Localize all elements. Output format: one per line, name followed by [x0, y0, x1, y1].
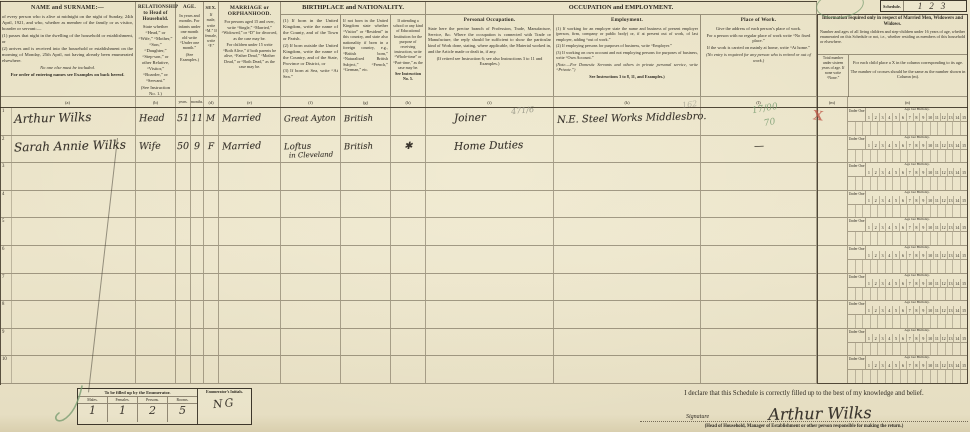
row-6-grid-cell: Under OneAge last Birthday.1234567891011…	[848, 246, 968, 273]
place-of-work-column-title: Place of Work.	[703, 18, 814, 24]
children-block-body: Number and ages of all living children a…	[820, 29, 965, 44]
age-mark-box	[931, 370, 939, 383]
name-column-clause1: (1) passes that night in the dwelling of…	[2, 33, 133, 45]
age-10-header: 10	[927, 223, 934, 232]
employment-column-body3: (3) If working on own account and not em…	[556, 50, 698, 61]
row-4-agey-cell	[176, 191, 191, 218]
age-mark-box	[893, 288, 901, 301]
row-7-name-cell	[12, 274, 136, 301]
age-mark-box	[848, 343, 856, 356]
row-10-tot-cell	[817, 356, 848, 383]
age-mark-box	[938, 370, 946, 383]
age-6-header: 6	[900, 168, 907, 177]
row-2-grid-cell: Under OneAge last Birthday.1234567891011…	[848, 136, 968, 163]
row-1-sex-cell: M	[204, 108, 219, 135]
age-mark-box	[871, 232, 879, 245]
schedule-label: Schedule.	[881, 1, 904, 11]
row-3-tot-cell	[817, 163, 848, 190]
education-column-footer: See Instruction No. 5.	[393, 71, 423, 81]
age-mark-box	[953, 205, 961, 218]
row-2-edu-cell: ✱	[391, 136, 426, 163]
row-1-children-age-grid: Under OneAge last Birthday.1234567891011…	[848, 108, 968, 135]
age-mark-box	[916, 260, 924, 273]
row-1-marr-cell: Married	[219, 108, 281, 135]
age-mark-box	[856, 370, 864, 383]
row-4-occ-cell	[426, 191, 554, 218]
age-mark-box	[908, 122, 916, 135]
age-mark-box	[871, 288, 879, 301]
age-8-header: 8	[914, 306, 921, 315]
age-mark-box	[916, 150, 924, 163]
age-10-header: 10	[927, 279, 934, 288]
occupation-column-body: State here the precise branch of Profess…	[428, 26, 551, 55]
age-2-header: 2	[873, 196, 880, 205]
age-mark-box	[908, 343, 916, 356]
table-row-9: 9Under OneAge last Birthday.123456789101…	[0, 329, 968, 357]
age-mark-box	[938, 260, 946, 273]
under-one-label: Under One	[848, 356, 866, 370]
age-1-header: 1	[866, 196, 873, 205]
table-row-3: 3Under OneAge last Birthday.123456789101…	[0, 163, 968, 191]
age-mark-box	[863, 288, 871, 301]
employment-column-body2: (2) If employing persons for purposes of…	[556, 43, 698, 48]
age-mark-box	[938, 288, 946, 301]
row-1-tot-cell	[817, 108, 848, 135]
row-7-agem-cell	[191, 274, 204, 301]
row-7-bp-cell	[281, 274, 341, 301]
row-10-name-cell	[12, 356, 136, 383]
row-10-marr-cell	[219, 356, 281, 383]
age-7-header: 7	[907, 334, 914, 343]
enumerator-initials-box: Enumerator’s Initials. NG	[198, 389, 251, 424]
age-11-header: 11	[934, 361, 941, 370]
age-7-header: 7	[907, 113, 914, 122]
row-1-emp-cell: N.E. Steel Works Middlesbro.	[554, 108, 701, 135]
row-4-emp-cell	[554, 191, 701, 218]
age-mark-box	[961, 232, 969, 245]
age-mark-box	[901, 260, 909, 273]
age-10-header: 10	[927, 196, 934, 205]
row-10-edu-cell	[391, 356, 426, 383]
age-mark-box	[946, 205, 954, 218]
row-3-grid-cell: Under OneAge last Birthday.1234567891011…	[848, 163, 968, 190]
enumerator-value-females: 1	[108, 404, 138, 422]
table-row-1: 1Arthur WilksHead5111MMarriedGreat Ayton…	[0, 108, 968, 136]
age-mark-box	[871, 370, 879, 383]
column-letter-g: (g)	[341, 97, 391, 107]
age-mark-box	[931, 288, 939, 301]
age-mark-box	[946, 150, 954, 163]
row-2-children-age-grid: Under OneAge last Birthday.1234567891011…	[848, 136, 968, 163]
age-6-header: 6	[900, 279, 907, 288]
row-8-bp-cell	[281, 301, 341, 328]
age-1-header: 1	[866, 361, 873, 370]
row-1-num-cell: 1	[0, 108, 12, 135]
age-mark-box	[886, 150, 894, 163]
census-household-schedule: NAME and SURNAME:— of every person who i…	[0, 0, 970, 432]
age-12-header: 12	[941, 223, 948, 232]
row-9-pow-cell	[701, 329, 817, 356]
declaration-section: I declare that this Schedule is correctl…	[640, 390, 968, 429]
age-mark-box	[908, 315, 916, 328]
age-mark-box	[863, 122, 871, 135]
age-mark-box	[916, 288, 924, 301]
enumerator-value-persons: 2	[138, 404, 168, 422]
row-2-agem-handwriting: 9	[194, 141, 200, 152]
age-mark-box	[908, 205, 916, 218]
table-row-7: 7Under OneAge last Birthday.123456789101…	[0, 274, 968, 302]
age-mark-box	[953, 150, 961, 163]
age-mark-box	[856, 150, 864, 163]
row-4-rel-cell	[136, 191, 176, 218]
row-2-nat-handwriting: British	[344, 141, 373, 152]
enumerator-value-rooms: 5	[168, 404, 197, 422]
row-9-name-cell	[12, 329, 136, 356]
age-mark-box	[878, 205, 886, 218]
age-mark-box	[908, 150, 916, 163]
age-mark-box	[938, 315, 946, 328]
age-2-header: 2	[873, 168, 880, 177]
age-number-header: 123456789101112131415	[866, 279, 968, 288]
age-mark-box	[931, 315, 939, 328]
age-mark-box	[871, 315, 879, 328]
age-mark-box	[923, 150, 931, 163]
enumerator-initials-label: Enumerator’s Initials.	[198, 389, 251, 394]
age-mark-box	[848, 315, 856, 328]
age-mark-box	[938, 343, 946, 356]
age-mark-box	[848, 260, 856, 273]
age-2-header: 2	[873, 279, 880, 288]
row-8-emp-cell	[554, 301, 701, 328]
row-5-grid-cell: Under OneAge last Birthday.1234567891011…	[848, 218, 968, 245]
age-mark-box	[946, 122, 954, 135]
column-letter-years: years.	[176, 97, 191, 107]
marriage-column-body2: For children under 15 write “Both Alive,…	[221, 42, 278, 69]
row-6-occ-cell	[426, 246, 554, 273]
age-13-header: 13	[948, 361, 955, 370]
row-8-agey-cell	[176, 301, 191, 328]
age-mark-box	[878, 315, 886, 328]
row-4-pow-cell	[701, 191, 817, 218]
row-1-edu-cell	[391, 108, 426, 135]
age-mark-box	[923, 177, 931, 190]
age-11-header: 11	[934, 334, 941, 343]
age-mark-box	[953, 315, 961, 328]
age-mark-box	[863, 177, 871, 190]
enumerator-label-persons: Persons.	[138, 397, 168, 403]
row-9-edu-cell	[391, 329, 426, 356]
enumerator-counts: To be filled up by the Enumerator. Males…	[78, 389, 198, 424]
age-3-header: 3	[880, 223, 887, 232]
age-10-header: 10	[927, 361, 934, 370]
under-one-label: Under One	[848, 274, 866, 288]
row-2-occ-cell: Home Duties	[426, 136, 554, 163]
sex-column-title: SEX.	[205, 5, 217, 10]
header-education: If attending a school or any kind of Edu…	[391, 15, 426, 96]
age-mark-box	[923, 260, 931, 273]
age-12-header: 12	[941, 196, 948, 205]
row-8-nat-cell	[341, 301, 391, 328]
header-name-surname: NAME and SURNAME:— of every person who i…	[0, 2, 136, 96]
row-8-edu-cell	[391, 301, 426, 328]
age-mark-box	[886, 177, 894, 190]
age-15-header: 15	[961, 196, 968, 205]
age-5-header: 5	[893, 251, 900, 260]
age-2-header: 2	[873, 361, 880, 370]
age-column-title: AGE.	[178, 5, 201, 11]
age-mark-box	[901, 122, 909, 135]
age-4-header: 4	[886, 196, 893, 205]
row-8-tot-cell	[817, 301, 848, 328]
age-5-header: 5	[893, 306, 900, 315]
row-5-occ-cell	[426, 218, 554, 245]
row-2-agem-cell: 9	[191, 136, 204, 163]
age-mark-box	[856, 177, 864, 190]
header-age: AGE. In years and months. For infants un…	[176, 2, 204, 96]
row-1-marr-handwriting: Married	[222, 112, 261, 124]
row-2-agey-cell: 50	[176, 136, 191, 163]
age-mark-box	[886, 205, 894, 218]
age-mark-box	[856, 205, 864, 218]
under-one-label: Under One	[848, 218, 866, 232]
age-mark-box	[863, 150, 871, 163]
age-number-header: 123456789101112131415	[866, 113, 968, 122]
row-9-rel-cell	[136, 329, 176, 356]
row-4-children-age-grid: Under OneAge last Birthday.1234567891011…	[848, 191, 968, 218]
age-15-header: 15	[961, 141, 968, 150]
row-3-occ-cell	[426, 163, 554, 190]
age-mark-box	[901, 343, 909, 356]
row-6-marr-cell	[219, 246, 281, 273]
row-7-tot-cell	[817, 274, 848, 301]
age-5-header: 5	[893, 334, 900, 343]
age-3-header: 3	[880, 306, 887, 315]
age-mark-boxes	[848, 288, 968, 301]
age-mark-box	[946, 370, 954, 383]
age-3-header: 3	[880, 168, 887, 177]
row-5-children-age-grid: Under OneAge last Birthday.1234567891011…	[848, 218, 968, 245]
schedule-number: 123	[904, 1, 966, 11]
age-mark-box	[871, 150, 879, 163]
header-sex: SEX. If male, write “M.” If female, writ…	[204, 2, 219, 96]
marriage-column-body: For persons aged 15 and over, write “Sin…	[221, 19, 278, 41]
age-13-header: 13	[948, 223, 955, 232]
row-10-bp-cell	[281, 356, 341, 383]
row-7-num-cell: 7	[0, 274, 12, 301]
column-letter-months: months.	[191, 97, 204, 107]
age-mark-box	[878, 232, 886, 245]
group-occupation-employment: OCCUPATION and EMPLOYMENT.	[426, 2, 817, 15]
row-2-bp-cell: Loftusin Cleveland	[281, 136, 341, 163]
age-8-header: 8	[914, 113, 921, 122]
employment-column-title: Employment.	[556, 18, 698, 24]
age-4-header: 4	[886, 361, 893, 370]
signature-label: Signature	[686, 414, 709, 420]
row-1-grid-cell: Under OneAge last Birthday.1234567891011…	[848, 108, 968, 135]
age-1-header: 1	[866, 334, 873, 343]
age-mark-box	[863, 370, 871, 383]
age-7-header: 7	[907, 141, 914, 150]
row-7-emp-cell	[554, 274, 701, 301]
age-mark-box	[961, 370, 969, 383]
row-9-marr-cell	[219, 329, 281, 356]
age-mark-box	[923, 122, 931, 135]
row-8-sex-cell	[204, 301, 219, 328]
age-mark-box	[893, 260, 901, 273]
row-2-emp-cell	[554, 136, 701, 163]
row-1-bp-cell: Great Ayton	[281, 108, 341, 135]
age-9-header: 9	[920, 113, 927, 122]
under-one-label: Under One	[848, 163, 866, 177]
age-12-header: 12	[941, 251, 948, 260]
row-8-grid-cell: Under OneAge last Birthday.1234567891011…	[848, 301, 968, 328]
occupation-column-footer: (If retired see Instruction 6; see also …	[428, 56, 551, 67]
age-mark-boxes	[848, 232, 968, 245]
row-10-agem-cell	[191, 356, 204, 383]
row-7-rel-cell	[136, 274, 176, 301]
age-8-header: 8	[914, 223, 921, 232]
age-number-header: 123456789101112131415	[866, 141, 968, 150]
age-mark-box	[886, 260, 894, 273]
row-8-rel-cell	[136, 301, 176, 328]
age-mark-box	[871, 205, 879, 218]
employment-column-note: (Note.—For Domestic Servants and others …	[556, 62, 698, 73]
age-2-header: 2	[873, 113, 880, 122]
age-7-header: 7	[907, 196, 914, 205]
age-15-header: 15	[961, 279, 968, 288]
children-block-header: Information required only in respect of …	[818, 15, 967, 55]
age-mark-box	[901, 370, 909, 383]
age-mark-box	[931, 260, 939, 273]
age-14-header: 14	[954, 223, 961, 232]
age-mark-box	[901, 315, 909, 328]
age-9-header: 9	[920, 168, 927, 177]
name-column-footer: For order of entering names see Examples…	[2, 72, 133, 78]
age-14-header: 14	[954, 141, 961, 150]
row-3-edu-cell	[391, 163, 426, 190]
age-mark-box	[923, 232, 931, 245]
age-10-header: 10	[927, 141, 934, 150]
name-column-body: of every person who is alive at midnight…	[2, 14, 133, 32]
age-9-header: 9	[920, 196, 927, 205]
row-1-nat-cell: British	[341, 108, 391, 135]
age-mark-box	[916, 315, 924, 328]
row-9-tot-cell	[817, 329, 848, 356]
row-9-sex-cell	[204, 329, 219, 356]
row-5-sex-cell	[204, 218, 219, 245]
row-5-agem-cell	[191, 218, 204, 245]
age-mark-box	[916, 122, 924, 135]
enumerator-count-values: 1125	[78, 404, 197, 422]
age-mark-box	[893, 315, 901, 328]
row-6-emp-cell	[554, 246, 701, 273]
age-mark-box	[856, 288, 864, 301]
age-number-header: 123456789101112131415	[866, 168, 968, 177]
relationship-column-title: RELATIONSHIP to Head of Household.	[138, 5, 173, 22]
row-5-num-cell: 5	[0, 218, 12, 245]
age-mark-box	[848, 288, 856, 301]
row-4-num-cell: 4	[0, 191, 12, 218]
row-2-edu-handwriting: ✱	[404, 140, 413, 151]
name-column-note: No one else must be included.	[2, 65, 133, 71]
age-mark-box	[938, 122, 946, 135]
age-mark-box	[886, 343, 894, 356]
row-4-agem-cell	[191, 191, 204, 218]
column-letter-b: (b)	[136, 97, 176, 107]
age-mark-box	[893, 205, 901, 218]
row-10-grid-cell: Under OneAge last Birthday.1234567891011…	[848, 356, 968, 383]
age-13-header: 13	[948, 141, 955, 150]
age-5-header: 5	[893, 223, 900, 232]
under-one-label: Under One	[848, 301, 866, 315]
age-mark-box	[848, 150, 856, 163]
total-children-body: Total number under sixteen years of age.…	[822, 56, 845, 80]
name-column-title: NAME and SURNAME:—	[2, 5, 133, 12]
age-mark-box	[901, 177, 909, 190]
enumerator-label-males: Males.	[78, 397, 108, 403]
row-3-pow-cell	[701, 163, 817, 190]
age-4-header: 4	[886, 279, 893, 288]
age-1-header: 1	[866, 141, 873, 150]
age-mark-boxes	[848, 260, 968, 273]
column-letter-a: (a)	[0, 97, 136, 107]
age-12-header: 12	[941, 113, 948, 122]
row-8-name-cell	[12, 301, 136, 328]
age-mark-box	[961, 343, 969, 356]
age-mark-box	[901, 232, 909, 245]
age-mark-box	[946, 343, 954, 356]
age-mark-box	[908, 232, 916, 245]
age-number-header: 123456789101112131415	[866, 361, 968, 370]
age-mark-box	[863, 315, 871, 328]
age-9-header: 9	[920, 306, 927, 315]
row-10-pow-cell	[701, 356, 817, 383]
row-1-nat-handwriting: British	[344, 114, 373, 125]
age-mark-box	[916, 343, 924, 356]
age-11-header: 11	[934, 168, 941, 177]
row-5-rel-cell	[136, 218, 176, 245]
age-3-header: 3	[880, 141, 887, 150]
row-4-name-cell	[12, 191, 136, 218]
age-mark-box	[953, 232, 961, 245]
enumerator-box-title: To be filled up by the Enumerator.	[78, 389, 197, 397]
row-5-name-cell	[12, 218, 136, 245]
age-mark-box	[848, 205, 856, 218]
row-2-sex-handwriting: F	[208, 142, 215, 152]
row-1-rel-cell: Head	[136, 108, 176, 135]
age-number-header: 123456789101112131415	[866, 251, 968, 260]
age-mark-boxes	[848, 122, 968, 135]
row-6-num-cell: 6	[0, 246, 12, 273]
age-1-header: 1	[866, 168, 873, 177]
age-mark-box	[953, 288, 961, 301]
column-letter-d: (d)	[204, 97, 219, 107]
age-1-header: 1	[866, 306, 873, 315]
age-mark-box	[946, 177, 954, 190]
age-mark-box	[893, 122, 901, 135]
age-15-header: 15	[961, 223, 968, 232]
age-mark-box	[923, 205, 931, 218]
age-13-header: 13	[948, 168, 955, 177]
age-3-header: 3	[880, 361, 887, 370]
age-4-header: 4	[886, 306, 893, 315]
age-mark-box	[908, 260, 916, 273]
declaration-text: I declare that this Schedule is correctl…	[640, 390, 968, 397]
age-column-body: In years and months. For infants under o…	[178, 13, 201, 51]
row-8-marr-cell	[219, 301, 281, 328]
row-10-occ-cell	[426, 356, 554, 383]
age-5-header: 5	[893, 141, 900, 150]
